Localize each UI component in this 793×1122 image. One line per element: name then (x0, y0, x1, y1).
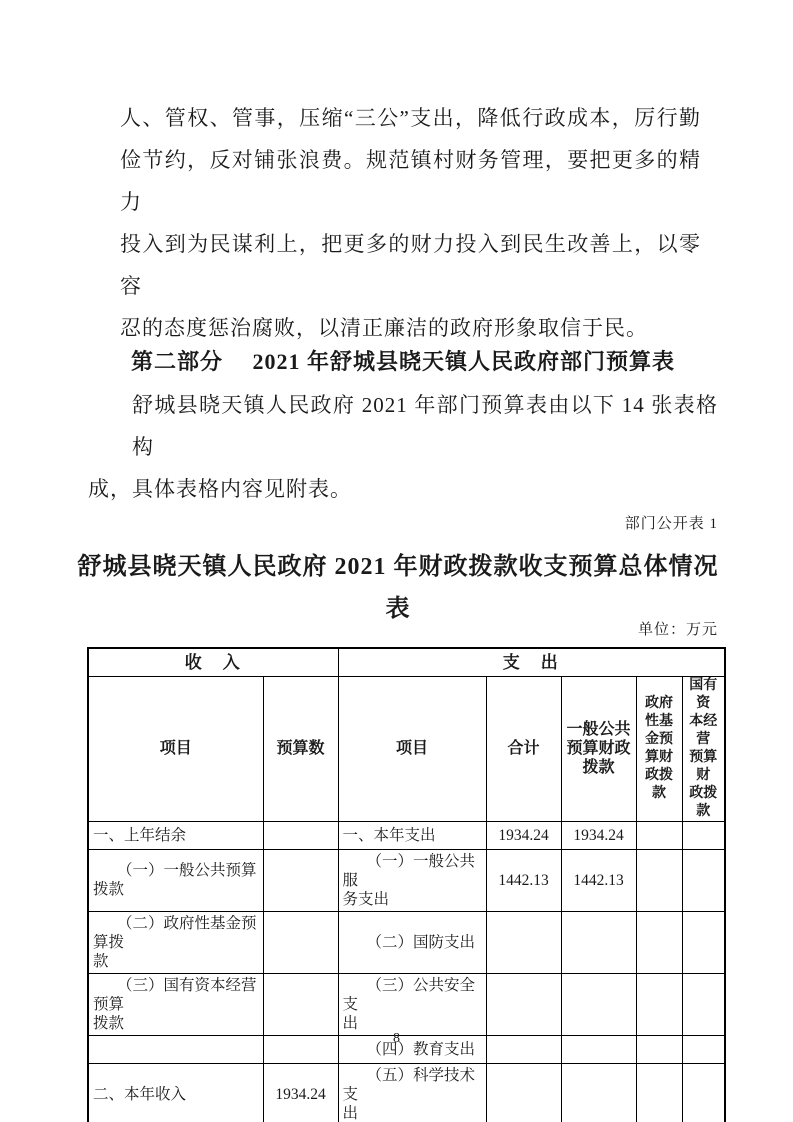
document-page: 人、管权、管事，压缩“三公”支出，降低行政成本，厉行勤 俭节约，反对铺张浪费。规… (0, 0, 793, 1122)
expense-item-cell: 一、本年支出 (338, 821, 486, 849)
col-header-income-item: 项目 (88, 676, 263, 821)
expense-general-cell: 1442.13 (561, 849, 636, 911)
col-header-income-budget: 预算数 (263, 676, 338, 821)
paragraph-line: 投入到为民谋利上，把更多的财力投入到民生改善上，以零容 (120, 223, 701, 307)
col-header-expense-item: 项目 (338, 676, 486, 821)
expense-total-cell (486, 1063, 561, 1122)
expense-general-cell (561, 973, 636, 1035)
table-row: （三）国有资本经营预算 拨款 （三）公共安全支 出 (88, 973, 725, 1035)
col-header-state-capital: 国有资 本经营 预算财 政拨款 (682, 676, 725, 821)
income-group-header: 收 入 (88, 648, 338, 676)
income-value-cell (263, 849, 338, 911)
expense-govfund-cell (636, 821, 682, 849)
col-header-general-public: 一般公共 预算财政 拨款 (561, 676, 636, 821)
table-row: 一、上年结余 一、本年支出 1934.24 1934.24 (88, 821, 725, 849)
expense-govfund-cell (636, 973, 682, 1035)
body-paragraph: 人、管权、管事，压缩“三公”支出，降低行政成本，厉行勤 俭节约，反对铺张浪费。规… (120, 97, 701, 349)
expense-statecap-cell (682, 911, 725, 973)
expense-total-cell (486, 973, 561, 1035)
page-number: 8 (0, 1030, 793, 1048)
col-header-gov-fund: 政府 性基 金预 算财 政拨 款 (636, 676, 682, 821)
expense-total-cell: 1934.24 (486, 821, 561, 849)
table-row: （二）政府性基金预算拨 款 （二）国防支出 (88, 911, 725, 973)
table-row: 二、本年收入 1934.24 （五）科学技术支 出 (88, 1063, 725, 1122)
income-item-cell: （一）一般公共预算拨款 (88, 849, 263, 911)
expense-general-cell (561, 1063, 636, 1122)
intro-paragraph: 舒城县晓天镇人民政府 2021 年部门预算表由以下 14 张表格构 成，具体表格… (88, 384, 718, 510)
expense-item-cell: （一）一般公共服 务支出 (338, 849, 486, 911)
expense-total-cell: 1442.13 (486, 849, 561, 911)
expense-statecap-cell (682, 1063, 725, 1122)
income-item-cell: （二）政府性基金预算拨 款 (88, 911, 263, 973)
expense-govfund-cell (636, 849, 682, 911)
income-item-cell: （三）国有资本经营预算 拨款 (88, 973, 263, 1035)
income-item-cell: 二、本年收入 (88, 1063, 263, 1122)
income-value-cell (263, 911, 338, 973)
expense-general-cell: 1934.24 (561, 821, 636, 849)
paragraph-line: 成，具体表格内容见附表。 (88, 468, 718, 510)
expense-group-header: 支 出 (338, 648, 725, 676)
column-header-row: 项目 预算数 项目 合计 一般公共 预算财政 拨款 政府 性基 金预 算财 政拨… (88, 676, 725, 821)
paragraph-line: 舒城县晓天镇人民政府 2021 年部门预算表由以下 14 张表格构 (88, 384, 718, 468)
expense-total-cell (486, 911, 561, 973)
income-value-cell (263, 973, 338, 1035)
expense-item-cell: （三）公共安全支 出 (338, 973, 486, 1035)
income-item-cell: 一、上年结余 (88, 821, 263, 849)
expense-statecap-cell (682, 821, 725, 849)
table-title-line: 舒城县晓天镇人民政府 2021 年财政拨款收支预算总体情况 (70, 546, 726, 588)
income-value-cell: 1934.24 (263, 1063, 338, 1122)
unit-note: 单位：万元 (88, 620, 718, 640)
table-caption-label: 部门公开表 1 (88, 514, 718, 534)
group-header-row: 收 入 支 出 (88, 648, 725, 676)
income-value-cell (263, 821, 338, 849)
expense-item-cell: （五）科学技术支 出 (338, 1063, 486, 1122)
paragraph-line: 俭节约，反对铺张浪费。规范镇村财务管理，要把更多的精力 (120, 139, 701, 223)
expense-statecap-cell (682, 973, 725, 1035)
budget-table: 收 入 支 出 项目 预算数 项目 合计 一般公共 预算财政 拨款 政府 性基 … (87, 647, 726, 1122)
section-heading: 第二部分 2021 年舒城县晓天镇人民政府部门预算表 (80, 341, 726, 383)
col-header-expense-total: 合计 (486, 676, 561, 821)
table-row: （一）一般公共预算拨款 （一）一般公共服 务支出 1442.13 1442.13 (88, 849, 725, 911)
expense-statecap-cell (682, 849, 725, 911)
expense-general-cell (561, 911, 636, 973)
expense-item-cell: （二）国防支出 (338, 911, 486, 973)
paragraph-line: 人、管权、管事，压缩“三公”支出，降低行政成本，厉行勤 (120, 97, 701, 139)
expense-govfund-cell (636, 911, 682, 973)
expense-govfund-cell (636, 1063, 682, 1122)
table-title: 舒城县晓天镇人民政府 2021 年财政拨款收支预算总体情况 表 (70, 546, 726, 630)
